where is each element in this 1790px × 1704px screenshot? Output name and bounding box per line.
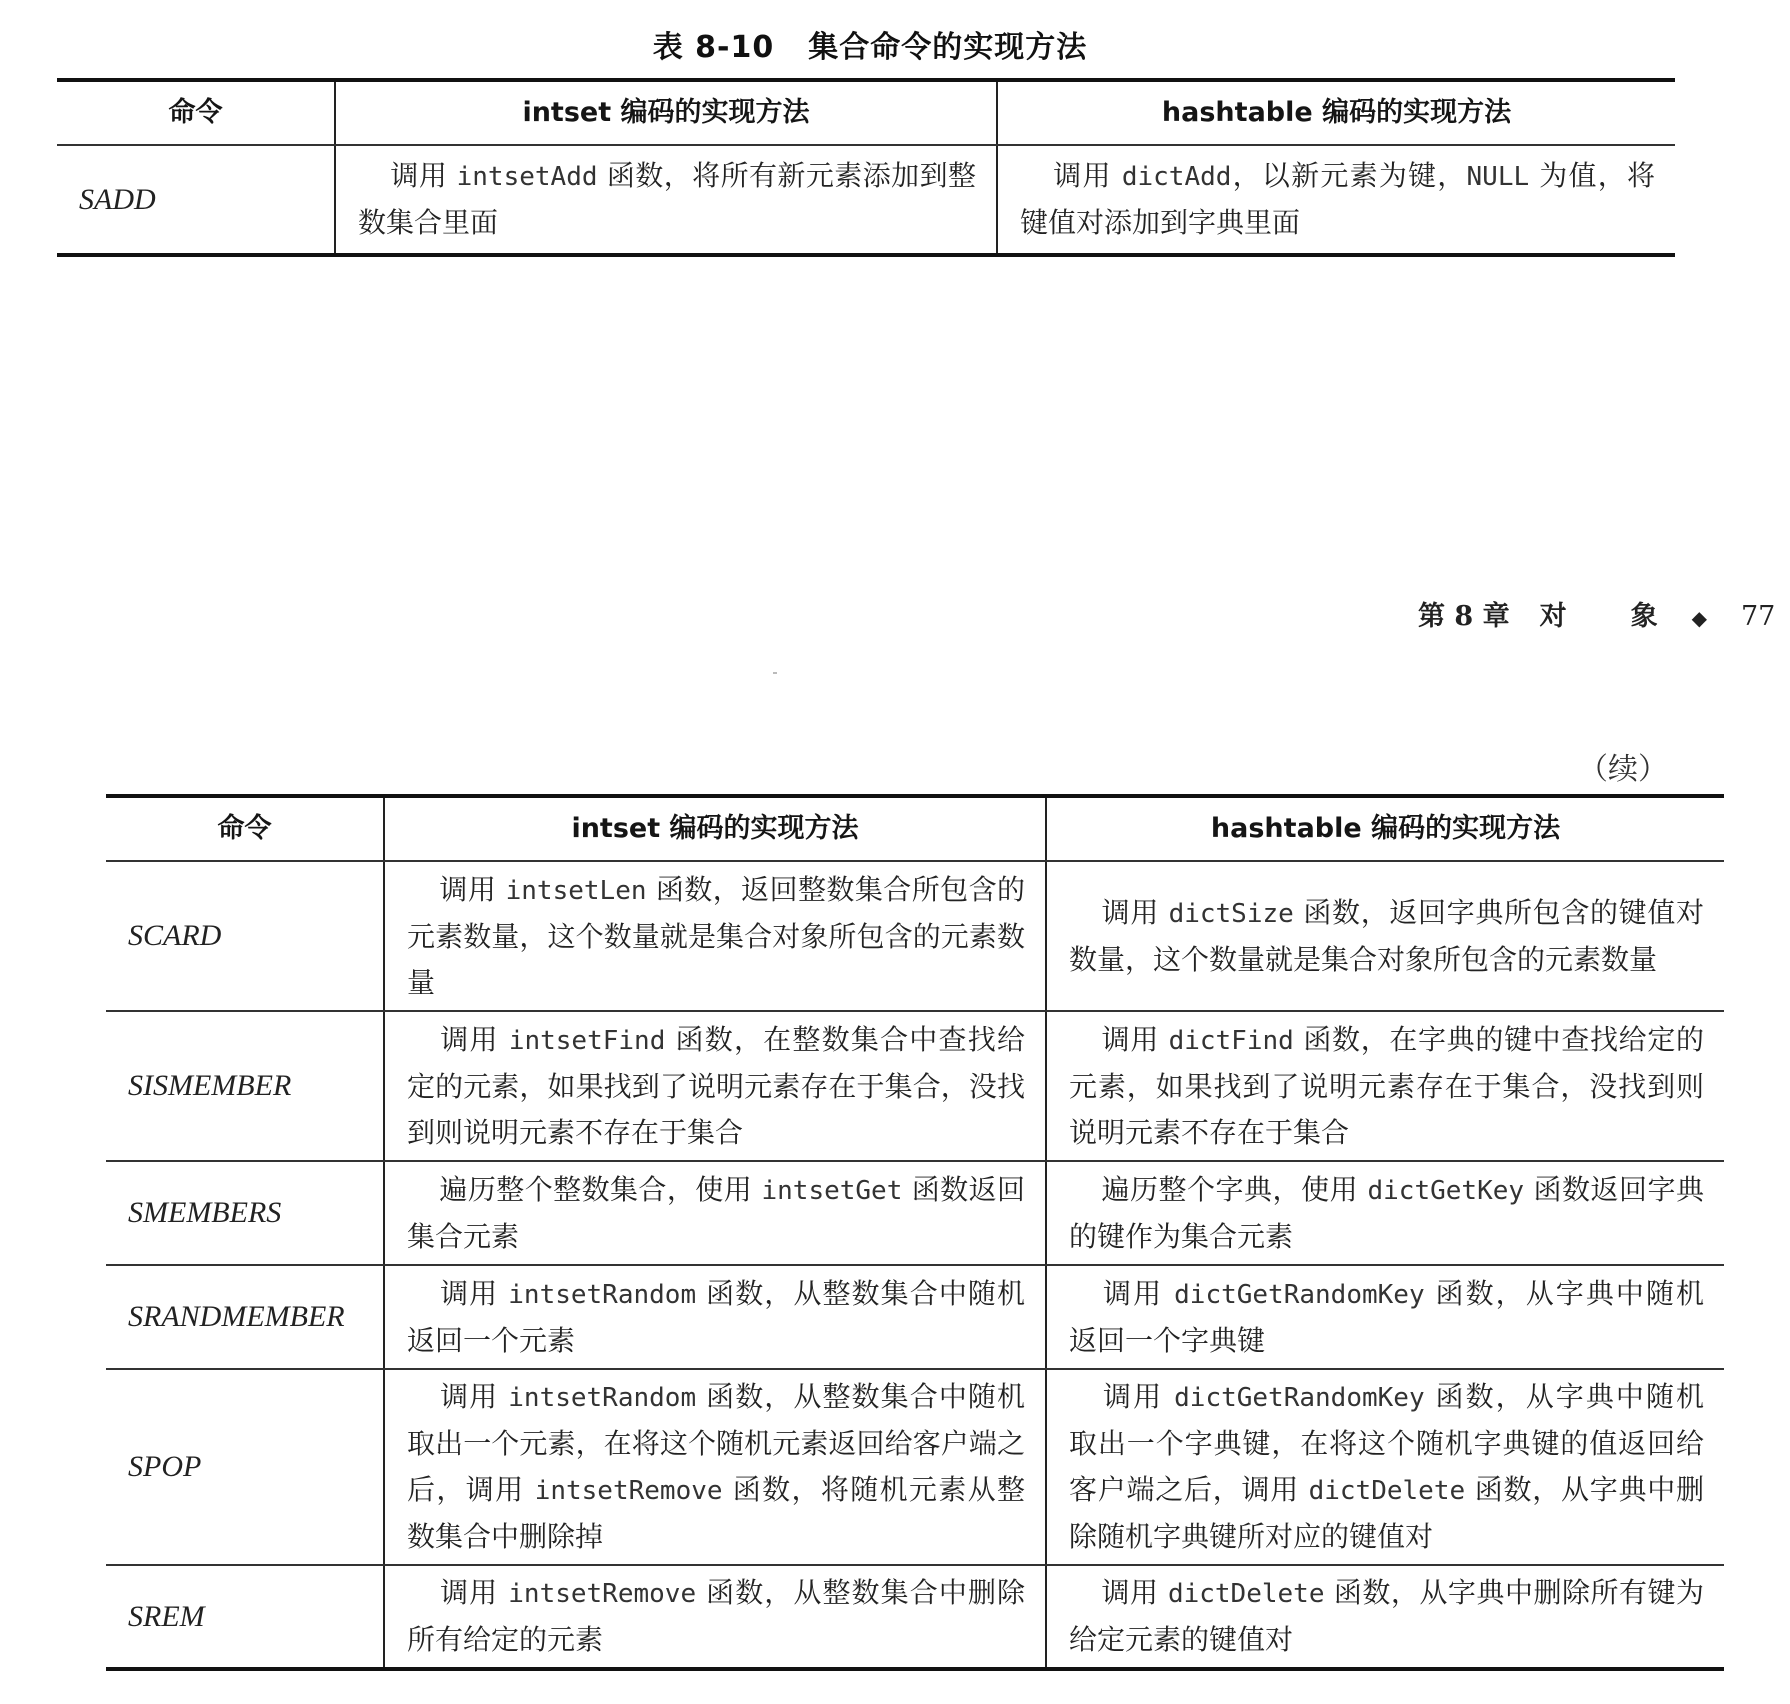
running-head: 第 8 章对象◆77 bbox=[1418, 594, 1775, 633]
table-row: SCARD 调用 intsetLen 函数，返回整数集合所包含的元素数量，这个数… bbox=[106, 861, 1724, 1011]
function-name: intsetRemove bbox=[508, 1579, 696, 1609]
chapter-label: 第 8 章 bbox=[1418, 601, 1510, 632]
diamond-icon: ◆ bbox=[1692, 606, 1707, 630]
function-name: dictGetRandomKey bbox=[1174, 1383, 1424, 1413]
table-row: SISMEMBER 调用 intsetFind 函数，在整数集合中查找给定的元素… bbox=[106, 1011, 1724, 1161]
command-cell: SADD bbox=[57, 145, 335, 255]
function-name: dictDelete bbox=[1309, 1476, 1466, 1506]
function-name: intsetGet bbox=[761, 1176, 902, 1206]
page-number: 77 bbox=[1741, 601, 1775, 632]
function-name: intsetRemove bbox=[535, 1476, 723, 1506]
table-row: SREM 调用 intsetRemove 函数，从整数集合中删除所有给定的元素 … bbox=[106, 1565, 1724, 1669]
table-row: SMEMBERS 遍历整个整数集合，使用 intsetGet 函数返回集合元素 … bbox=[106, 1161, 1724, 1265]
function-name: dictSize bbox=[1169, 899, 1294, 929]
table-row: SRANDMEMBER 调用 intsetRandom 函数，从整数集合中随机返… bbox=[106, 1265, 1724, 1369]
function-name: dictFind bbox=[1169, 1026, 1294, 1056]
table-header-row: 命令 intset 编码的实现方法 hashtable 编码的实现方法 bbox=[106, 796, 1724, 861]
table-caption: 表 8-10集合命令的实现方法 bbox=[0, 22, 1740, 66]
hashtable-cell: 调用 dictAdd，以新元素为键，NULL 为值，将键值对添加到字典里面 bbox=[997, 145, 1675, 255]
set-commands-table-part1: 命令 intset 编码的实现方法 hashtable 编码的实现方法 SADD… bbox=[57, 78, 1675, 257]
function-name: intsetRandom bbox=[508, 1280, 696, 1310]
chapter-title-1: 对 bbox=[1540, 601, 1567, 632]
hashtable-cell: 调用 dictDelete 函数，从字典中删除所有键为给定元素的键值对 bbox=[1046, 1565, 1724, 1669]
hashtable-cell: 调用 dictGetRandomKey 函数，从字典中随机返回一个字典键 bbox=[1046, 1265, 1724, 1369]
intset-cell: 调用 intsetRandom 函数，从整数集合中随机返回一个元素 bbox=[384, 1265, 1046, 1369]
function-name: intsetAdd bbox=[457, 162, 598, 192]
table-number: 表 8-10 bbox=[653, 30, 775, 65]
table-header-row: 命令 intset 编码的实现方法 hashtable 编码的实现方法 bbox=[57, 80, 1675, 145]
command-cell: SISMEMBER bbox=[106, 1011, 384, 1161]
intset-cell: 调用 intsetLen 函数，返回整数集合所包含的元素数量，这个数量就是集合对… bbox=[384, 861, 1046, 1011]
function-name: dictGetRandomKey bbox=[1174, 1280, 1424, 1310]
intset-cell: 调用 intsetFind 函数，在整数集合中查找给定的元素，如果找到了说明元素… bbox=[384, 1011, 1046, 1161]
scan-speck bbox=[773, 672, 777, 674]
null-literal: NULL bbox=[1467, 162, 1530, 192]
table-row: SADD 调用 intsetAdd 函数，将所有新元素添加到整数集合里面 调用 … bbox=[57, 145, 1675, 255]
function-name: dictDelete bbox=[1168, 1579, 1325, 1609]
header-command: 命令 bbox=[106, 796, 384, 861]
chapter-title-2: 象 bbox=[1631, 601, 1658, 632]
intset-cell: 调用 intsetRandom 函数，从整数集合中随机取出一个元素，在将这个随机… bbox=[384, 1369, 1046, 1565]
intset-cell: 调用 intsetAdd 函数，将所有新元素添加到整数集合里面 bbox=[335, 145, 997, 255]
header-hashtable: hashtable 编码的实现方法 bbox=[997, 80, 1675, 145]
function-name: intsetFind bbox=[509, 1026, 666, 1056]
command-cell: SRANDMEMBER bbox=[106, 1265, 384, 1369]
command-cell: SREM bbox=[106, 1565, 384, 1669]
intset-cell: 调用 intsetRemove 函数，从整数集合中删除所有给定的元素 bbox=[384, 1565, 1046, 1669]
continued-label: （续） bbox=[1578, 744, 1668, 788]
command-cell: SMEMBERS bbox=[106, 1161, 384, 1265]
header-intset: intset 编码的实现方法 bbox=[335, 80, 997, 145]
function-name: dictGetKey bbox=[1368, 1176, 1525, 1206]
hashtable-cell: 遍历整个字典，使用 dictGetKey 函数返回字典的键作为集合元素 bbox=[1046, 1161, 1724, 1265]
header-command: 命令 bbox=[57, 80, 335, 145]
header-intset: intset 编码的实现方法 bbox=[384, 796, 1046, 861]
intset-cell: 遍历整个整数集合，使用 intsetGet 函数返回集合元素 bbox=[384, 1161, 1046, 1265]
hashtable-cell: 调用 dictGetRandomKey 函数，从字典中随机取出一个字典键，在将这… bbox=[1046, 1369, 1724, 1565]
hashtable-cell: 调用 dictSize 函数，返回字典所包含的键值对数量，这个数量就是集合对象所… bbox=[1046, 861, 1724, 1011]
command-cell: SPOP bbox=[106, 1369, 384, 1565]
function-name: dictAdd bbox=[1122, 162, 1232, 192]
header-hashtable: hashtable 编码的实现方法 bbox=[1046, 796, 1724, 861]
function-name: intsetLen bbox=[506, 876, 647, 906]
command-cell: SCARD bbox=[106, 861, 384, 1011]
function-name: intsetRandom bbox=[508, 1383, 696, 1413]
table-title: 集合命令的实现方法 bbox=[808, 30, 1087, 65]
set-commands-table-continued: 命令 intset 编码的实现方法 hashtable 编码的实现方法 SCAR… bbox=[106, 794, 1724, 1671]
table-row: SPOP 调用 intsetRandom 函数，从整数集合中随机取出一个元素，在… bbox=[106, 1369, 1724, 1565]
hashtable-cell: 调用 dictFind 函数，在字典的键中查找给定的元素，如果找到了说明元素存在… bbox=[1046, 1011, 1724, 1161]
